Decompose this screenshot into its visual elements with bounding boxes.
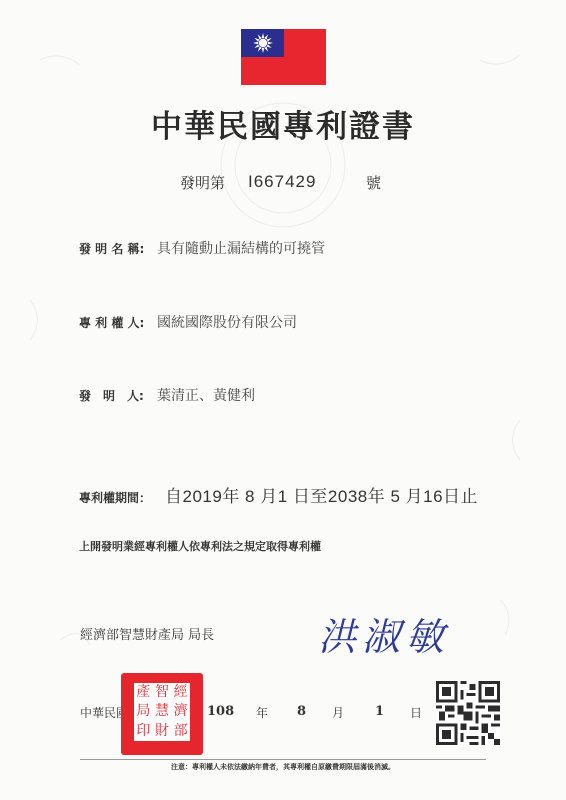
seal-char: 部 <box>171 722 190 741</box>
patent-period: 專利權期間： 自2019年 8 月1 日至2038年 5 月16日止 <box>79 482 478 507</box>
field-value: 葉清正、黃健利 <box>157 385 255 405</box>
field-label: 發 明 人: <box>79 387 157 404</box>
seal-char: 局 <box>134 702 153 721</box>
issue-date-year-unit: 年 <box>256 704 268 721</box>
national-flag <box>241 29 326 85</box>
period-label: 專利權期間： <box>79 489 151 506</box>
field-label: 專 利 權 人: <box>79 314 157 331</box>
qr-code-icon <box>436 681 500 745</box>
seal-characters: 產 智 經 局 慧 濟 印 財 部 <box>134 683 190 741</box>
field-patentee: 專 利 權 人: 國統國際股份有限公司 <box>79 312 297 332</box>
flag-canton <box>241 29 284 57</box>
period-value: 自2019年 8 月1 日至2038年 5 月16日止 <box>165 482 478 507</box>
issue-date-year: 108 <box>207 704 234 719</box>
issue-date-day: 1 <box>375 704 384 719</box>
issue-date-month-unit: 月 <box>332 704 344 721</box>
patent-number-prefix: 發明第 <box>180 172 248 193</box>
signer-office: 經濟部智慧財產局 局長 <box>80 624 214 643</box>
patent-number-value: I667429 <box>248 172 366 193</box>
issue-date-month: 8 <box>297 704 306 719</box>
issue-date-day-unit: 日 <box>410 704 422 721</box>
grant-statement: 上開發明業經專利權人依專利法之規定取得專利權 <box>79 538 321 554</box>
seal-char: 慧 <box>153 702 172 721</box>
official-seal: 產 智 經 局 慧 濟 印 財 部 <box>121 673 203 755</box>
seal-char: 濟 <box>171 702 190 721</box>
certificate-title: 中華民國專利證書 <box>0 101 566 146</box>
field-invention-title: 發 明 名 稱: 具有隨動止漏結構的可撓管 <box>79 238 325 258</box>
field-inventors: 發 明 人: 葉清正、黃健利 <box>79 385 255 405</box>
annuity-notice: 注意：專利權人未依法繳納年費者，其專利權自原繳費期限屆滿後消滅。 <box>0 762 566 772</box>
field-value: 國統國際股份有限公司 <box>157 312 297 332</box>
field-label: 發 明 名 稱: <box>79 240 157 257</box>
seal-char: 產 <box>134 683 153 702</box>
seal-char: 印 <box>134 722 153 741</box>
footer-divider <box>80 759 486 760</box>
patent-number-suffix: 號 <box>366 172 381 193</box>
seal-char: 智 <box>153 683 172 702</box>
seal-char: 財 <box>153 722 172 741</box>
seal-char: 經 <box>171 683 190 702</box>
patent-number: 發明第 I667429 號 <box>180 172 381 193</box>
director-signature: 洪淑敏 <box>318 606 450 661</box>
field-value: 具有隨動止漏結構的可撓管 <box>157 238 325 258</box>
white-sun-icon <box>252 32 274 54</box>
